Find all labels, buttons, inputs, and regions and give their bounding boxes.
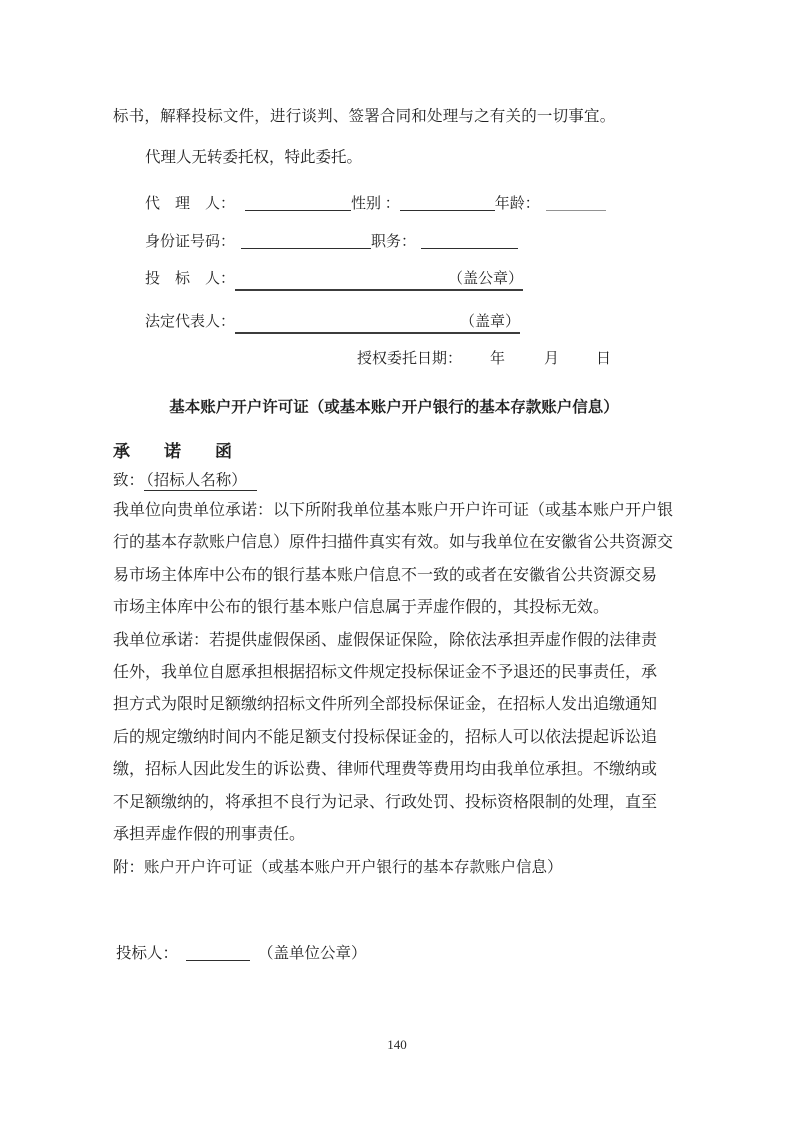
agent-label: 代 理 人： bbox=[145, 196, 235, 212]
position-label: 职务： bbox=[371, 234, 416, 250]
commitment-paragraph-1: 我单位向贵单位承诺：以下所附我单位基本账户开户许可证（或基本账户开户银 行的基本… bbox=[113, 495, 679, 625]
letter-body: 我单位向贵单位承诺：以下所附我单位基本账户开户许可证（或基本账户开户银 行的基本… bbox=[113, 495, 679, 851]
seal-note: （盖章） bbox=[460, 314, 520, 330]
position-blank bbox=[421, 232, 518, 249]
bidder-name-blank: （盖公章） bbox=[235, 267, 523, 291]
document-page: 标书，解释投标文件，进行谈判、签署合同和处理与之有关的一切事宜。 代理人无转委托… bbox=[0, 0, 794, 1122]
id-number-blank bbox=[241, 232, 371, 249]
form-row-legal-rep: 法定代表人：（盖章） bbox=[145, 310, 520, 334]
id-number-label: 身份证号码： bbox=[145, 234, 235, 250]
bidder-sign-blank bbox=[186, 944, 250, 961]
age-blank bbox=[546, 194, 606, 211]
section-title: 基本账户开户许可证（或基本账户开户银行的基本存款账户信息） bbox=[113, 395, 675, 417]
bidder-signature-line: 投标人：（盖单位公章） bbox=[116, 941, 367, 963]
commitment-paragraph-2: 我单位承诺：若提供虚假保函、虚假保证保险，除依法承担弄虚作假的法律责 任外，我单… bbox=[113, 625, 679, 852]
agent-name-blank bbox=[245, 194, 351, 211]
age-label: 年龄： bbox=[495, 196, 540, 212]
year-label: 年 bbox=[490, 351, 505, 367]
form-row-authorization-date: 授权委托日期：年月日 bbox=[357, 347, 611, 368]
unit-seal-note: （盖单位公章） bbox=[258, 945, 367, 962]
delegation-paragraph: 代理人无转委托权，特此委托。 bbox=[145, 145, 362, 167]
gender-blank bbox=[400, 194, 495, 211]
intro-paragraph: 标书，解释投标文件，进行谈判、签署合同和处理与之有关的一切事宜。 bbox=[113, 104, 679, 126]
company-seal-note: （盖公章） bbox=[448, 271, 523, 287]
month-label: 月 bbox=[544, 351, 559, 367]
authorization-date-label: 授权委托日期： bbox=[357, 351, 462, 367]
form-row-agent: 代 理 人：性别 ：年龄： bbox=[145, 192, 606, 213]
letter-heading: 承 诺 函 bbox=[113, 437, 232, 462]
addressee-label: 致： bbox=[113, 472, 144, 489]
bidder-label: 投 标 人： bbox=[145, 271, 235, 287]
legal-rep-blank: （盖章） bbox=[235, 310, 520, 334]
addressee-placeholder: （招标人名称） bbox=[144, 472, 257, 491]
day-label: 日 bbox=[596, 351, 611, 367]
attachment-note: 附：账户开户许可证（或基本账户开户银行的基本存款账户信息） bbox=[113, 855, 563, 877]
form-row-bidder: 投 标 人：（盖公章） bbox=[145, 267, 523, 291]
form-row-id-number: 身份证号码：职务： bbox=[145, 230, 518, 251]
bidder-sign-label: 投标人： bbox=[116, 945, 178, 962]
legal-rep-label: 法定代表人： bbox=[145, 314, 235, 330]
gender-label: 性别 ： bbox=[351, 196, 400, 212]
page-number: 140 bbox=[0, 1037, 794, 1053]
addressee-line: 致：（招标人名称） bbox=[113, 468, 257, 490]
